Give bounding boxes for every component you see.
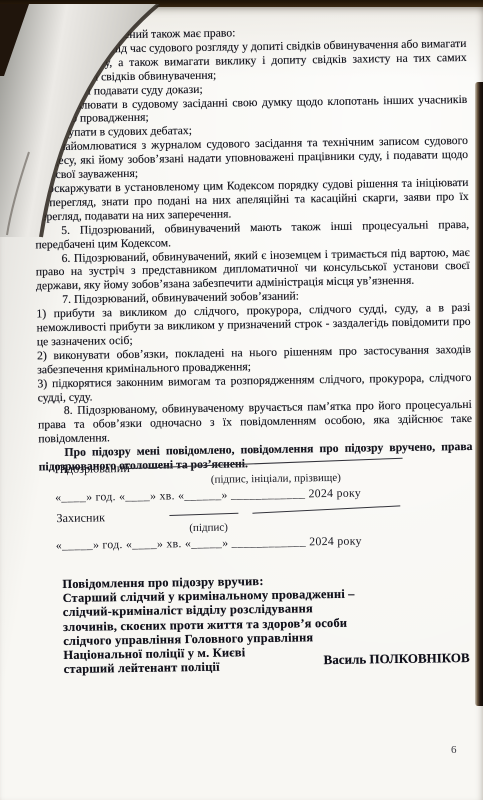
paragraph: 6. Підозрюваний, обвинувачений, який є і… <box>36 245 471 293</box>
defender-signature-line <box>169 513 238 516</box>
document-photo: 4. Обвинувачений також має право: 1) бра… <box>0 0 483 800</box>
suspect-date-line: «____» год. «____» хв. «______» ________… <box>55 486 361 506</box>
page-curl <box>0 4 174 239</box>
page-number: 6 <box>451 744 457 756</box>
suspect-signature-caption: (підпис, ініціали, прізвище) <box>181 471 371 486</box>
defender-extra-line <box>252 505 400 513</box>
page-edge-shadow <box>475 82 483 706</box>
defender-label: Захисник <box>56 510 105 526</box>
suspect-label: Підозрюваний <box>55 461 130 477</box>
defender-date-line: «_____» год. «____» хв. «_____» ________… <box>56 534 362 554</box>
officer-name: Василь ПОЛКОВНІКОВ <box>323 650 483 668</box>
paragraph: 8. Підозрюваному, обвинуваченому вручаєт… <box>38 398 473 446</box>
defender-signature-caption: (підпис) <box>164 521 254 534</box>
paragraph: 1) прибути за викликом до слідчого, прок… <box>36 301 471 349</box>
